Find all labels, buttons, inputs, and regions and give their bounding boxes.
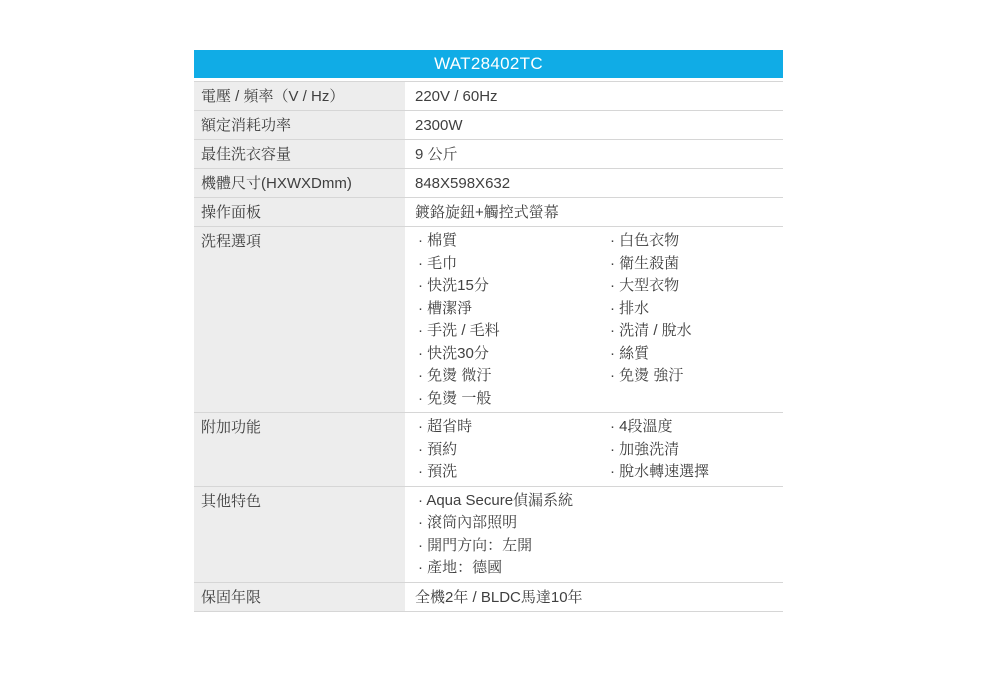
table-row-voltage: 電壓 / 頻率（V / Hz） 220V / 60Hz [194,81,783,110]
bullet-list: · 白色衣物· 衛生殺菌· 大型衣物· 排水· 洗清 / 脫水· 絲質· 免燙 … [610,230,783,388]
spec-label: 最佳洗衣容量 [194,140,405,168]
bullet-list: · 超省時· 預約· 預洗 [418,416,610,484]
bullet-item: · 快洗30分 [418,343,610,366]
table-row-power: 額定消耗功率 2300W [194,110,783,139]
bullet-item: · 預約 [418,439,610,462]
spec-label: 附加功能 [194,413,405,486]
spec-value: · Aqua Secure偵漏系統· 滾筒內部照明· 開門方向：左開· 產地：德… [405,487,783,582]
bullet-item: · 脫水轉速選擇 [610,461,783,484]
bullet-item: · 預洗 [418,461,610,484]
spec-value: 2300W [405,111,783,139]
product-spec-sheet: WAT28402TC 電壓 / 頻率（V / Hz） 220V / 60Hz 額… [0,0,1000,692]
spec-table: WAT28402TC 電壓 / 頻率（V / Hz） 220V / 60Hz 額… [194,50,783,612]
spec-value: 全機2年 / BLDC馬達10年 [405,583,783,611]
bullet-item: · 免燙 強汙 [610,365,783,388]
model-header: WAT28402TC [194,50,783,78]
bullet-item: · 4段溫度 [610,416,783,439]
spec-value: · 超省時· 預約· 預洗 · 4段溫度· 加強洗清· 脫水轉速選擇 [405,413,783,486]
table-row-warranty: 保固年限 全機2年 / BLDC馬達10年 [194,582,783,612]
spec-label: 操作面板 [194,198,405,226]
spec-value: 848X598X632 [405,169,783,197]
bullet-item: · 白色衣物 [610,230,783,253]
bullet-item: · 排水 [610,298,783,321]
table-row-other-features: 其他特色 · Aqua Secure偵漏系統· 滾筒內部照明· 開門方向：左開·… [194,486,783,582]
bullet-item: · 開門方向：左開 [418,535,783,558]
bullet-item: · 洗清 / 脫水 [610,320,783,343]
bullet-item: · 手洗 / 毛料 [418,320,610,343]
spec-label: 機體尺寸(HXWXDmm) [194,169,405,197]
spec-value: 220V / 60Hz [405,82,783,110]
bullet-item: · 超省時 [418,416,610,439]
bullet-item: · 槽潔淨 [418,298,610,321]
bullet-item: · 衛生殺菌 [610,253,783,276]
bullet-list: · Aqua Secure偵漏系統· 滾筒內部照明· 開門方向：左開· 產地：德… [418,490,783,580]
table-row-dimensions: 機體尺寸(HXWXDmm) 848X598X632 [194,168,783,197]
table-row-wash-programs: 洗程選項 · 棉質· 毛巾· 快洗15分· 槽潔淨· 手洗 / 毛料· 快洗30… [194,226,783,412]
table-row-extra-functions: 附加功能 · 超省時· 預約· 預洗 · 4段溫度· 加強洗清· 脫水轉速選擇 [194,412,783,486]
bullet-item: · 大型衣物 [610,275,783,298]
bullet-item: · 產地：德國 [418,557,783,580]
bullet-item: · 絲質 [610,343,783,366]
table-row-control-panel: 操作面板 鍍鉻旋鈕+觸控式螢幕 [194,197,783,226]
bullet-list: · 4段溫度· 加強洗清· 脫水轉速選擇 [610,416,783,484]
spec-label: 保固年限 [194,583,405,611]
bullet-item: · 滾筒內部照明 [418,512,783,535]
bullet-item: · 快洗15分 [418,275,610,298]
table-row-capacity: 最佳洗衣容量 9 公斤 [194,139,783,168]
spec-label: 洗程選項 [194,227,405,412]
bullet-item: · 毛巾 [418,253,610,276]
bullet-list: · 棉質· 毛巾· 快洗15分· 槽潔淨· 手洗 / 毛料· 快洗30分· 免燙… [418,230,610,410]
bullet-item: · Aqua Secure偵漏系統 [418,490,783,513]
spec-value: · 棉質· 毛巾· 快洗15分· 槽潔淨· 手洗 / 毛料· 快洗30分· 免燙… [405,227,783,412]
spec-label: 額定消耗功率 [194,111,405,139]
spec-value: 9 公斤 [405,140,783,168]
bullet-item: · 免燙 一般 [418,388,610,411]
spec-label: 其他特色 [194,487,405,582]
spec-value: 鍍鉻旋鈕+觸控式螢幕 [405,198,783,226]
bullet-item: · 免燙 微汙 [418,365,610,388]
spec-label: 電壓 / 頻率（V / Hz） [194,82,405,110]
bullet-item: · 棉質 [418,230,610,253]
bullet-item: · 加強洗清 [610,439,783,462]
